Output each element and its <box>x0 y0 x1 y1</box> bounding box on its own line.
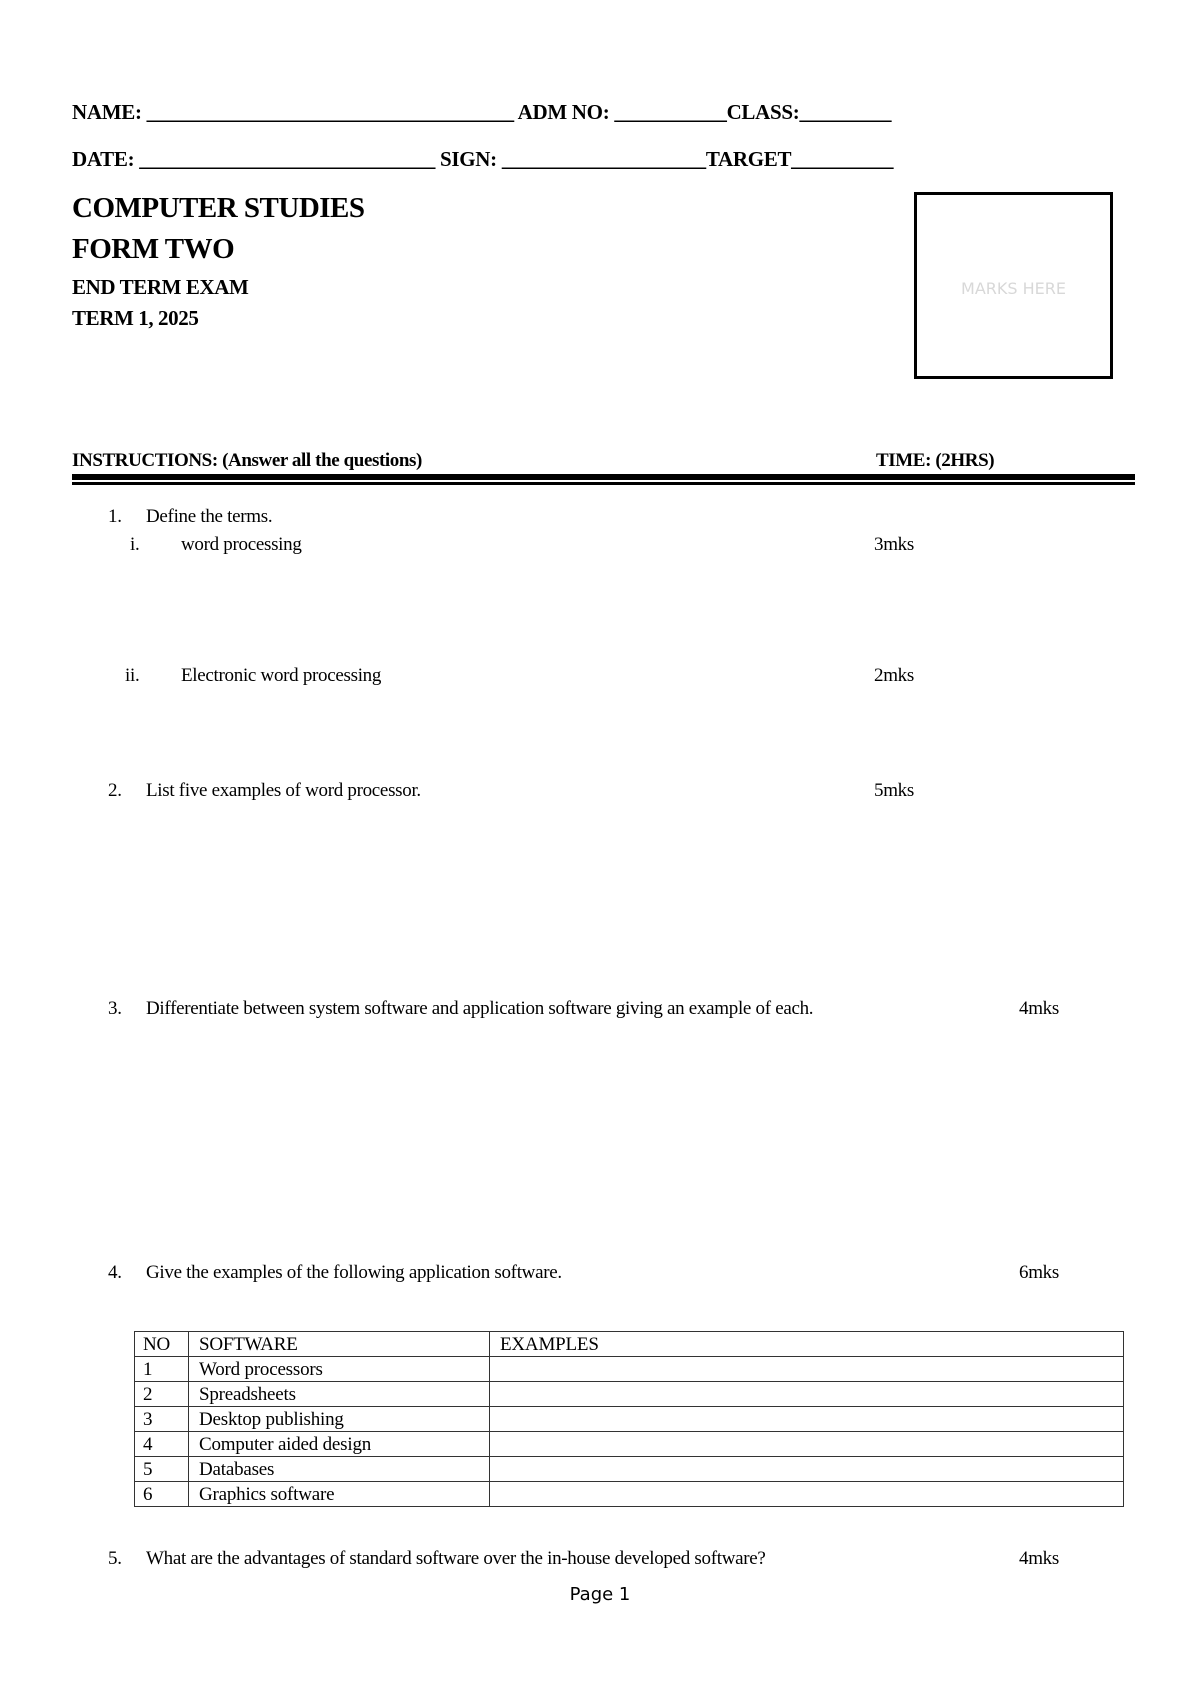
row-software: Word processors <box>189 1357 490 1382</box>
table-row: 5Databases <box>135 1457 1124 1482</box>
question-number: 5. <box>108 1548 122 1570</box>
sub-question-number: ii. <box>125 665 139 687</box>
question-text: Define the terms. <box>146 506 272 528</box>
date-label: DATE: <box>72 147 134 171</box>
question-marks: 6mks <box>1019 1262 1059 1284</box>
row-no: 5 <box>135 1457 189 1482</box>
table-row: 3Desktop publishing <box>135 1407 1124 1432</box>
row-no: 6 <box>135 1482 189 1507</box>
software-examples-table: NO SOFTWARE EXAMPLES 1Word processors2Sp… <box>134 1331 1124 1507</box>
row-software: Databases <box>189 1457 490 1482</box>
class-label: CLASS: <box>727 100 800 124</box>
row-examples-cell[interactable] <box>490 1432 1124 1457</box>
row-no: 3 <box>135 1407 189 1432</box>
row-no: 1 <box>135 1357 189 1382</box>
row-no: 4 <box>135 1432 189 1457</box>
form-title: FORM TWO <box>72 233 234 266</box>
header-no: NO <box>135 1332 189 1357</box>
header-software: SOFTWARE <box>189 1332 490 1357</box>
instructions: INSTRUCTIONS: (Answer all the questions) <box>72 450 422 472</box>
row-examples-cell[interactable] <box>490 1382 1124 1407</box>
header-examples: EXAMPLES <box>490 1332 1124 1357</box>
sign-label: SIGN: <box>440 147 497 171</box>
question-marks: 3mks <box>874 534 914 556</box>
name-label: NAME: <box>72 100 142 124</box>
sub-question-text: word processing <box>181 534 302 556</box>
adm-no-field[interactable]: ___________ <box>614 100 726 124</box>
question-number: 4. <box>108 1262 122 1284</box>
subject-title: COMPUTER STUDIES <box>72 192 365 225</box>
divider-thin <box>72 482 1135 485</box>
row-software: Desktop publishing <box>189 1407 490 1432</box>
header-row-1: NAME: __________________________________… <box>72 100 891 125</box>
header-row-2: DATE: _____________________________ SIGN… <box>72 147 893 172</box>
row-examples-cell[interactable] <box>490 1407 1124 1432</box>
table-header-row: NO SOFTWARE EXAMPLES <box>135 1332 1124 1357</box>
term-title: TERM 1, 2025 <box>72 306 198 331</box>
marks-box[interactable]: MARKS HERE <box>914 192 1113 379</box>
sign-field[interactable]: ____________________ <box>502 147 706 171</box>
exam-title: END TERM EXAM <box>72 275 248 300</box>
question-number: 3. <box>108 998 122 1020</box>
time-allowed: TIME: (2HRS) <box>876 450 994 472</box>
table-row: 1Word processors <box>135 1357 1124 1382</box>
row-no: 2 <box>135 1382 189 1407</box>
question-marks: 2mks <box>874 665 914 687</box>
sub-question-number: i. <box>130 534 139 556</box>
row-software: Graphics software <box>189 1482 490 1507</box>
question-text: List five examples of word processor. <box>146 780 421 802</box>
table-row: 6Graphics software <box>135 1482 1124 1507</box>
row-software: Computer aided design <box>189 1432 490 1457</box>
question-text: Give the examples of the following appli… <box>146 1262 562 1284</box>
target-label: TARGET <box>706 147 791 171</box>
table-row: 2Spreadsheets <box>135 1382 1124 1407</box>
page-number: Page 1 <box>0 1584 1200 1605</box>
target-field[interactable]: __________ <box>791 147 893 171</box>
question-number: 2. <box>108 780 122 802</box>
question-text: What are the advantages of standard soft… <box>146 1548 766 1570</box>
table-row: 4Computer aided design <box>135 1432 1124 1457</box>
question-marks: 5mks <box>874 780 914 802</box>
class-field[interactable]: _________ <box>799 100 891 124</box>
question-number: 1. <box>108 506 122 528</box>
row-examples-cell[interactable] <box>490 1357 1124 1382</box>
question-marks: 4mks <box>1019 1548 1059 1570</box>
marks-box-placeholder: MARKS HERE <box>917 279 1110 298</box>
row-examples-cell[interactable] <box>490 1457 1124 1482</box>
question-text: Differentiate between system software an… <box>146 998 813 1020</box>
row-software: Spreadsheets <box>189 1382 490 1407</box>
row-examples-cell[interactable] <box>490 1482 1124 1507</box>
name-field[interactable]: ____________________________________ <box>147 100 514 124</box>
question-marks: 4mks <box>1019 998 1059 1020</box>
divider-thick <box>72 474 1135 480</box>
adm-no-label: ADM NO: <box>518 100 610 124</box>
date-field[interactable]: _____________________________ <box>139 147 435 171</box>
sub-question-text: Electronic word processing <box>181 665 381 687</box>
